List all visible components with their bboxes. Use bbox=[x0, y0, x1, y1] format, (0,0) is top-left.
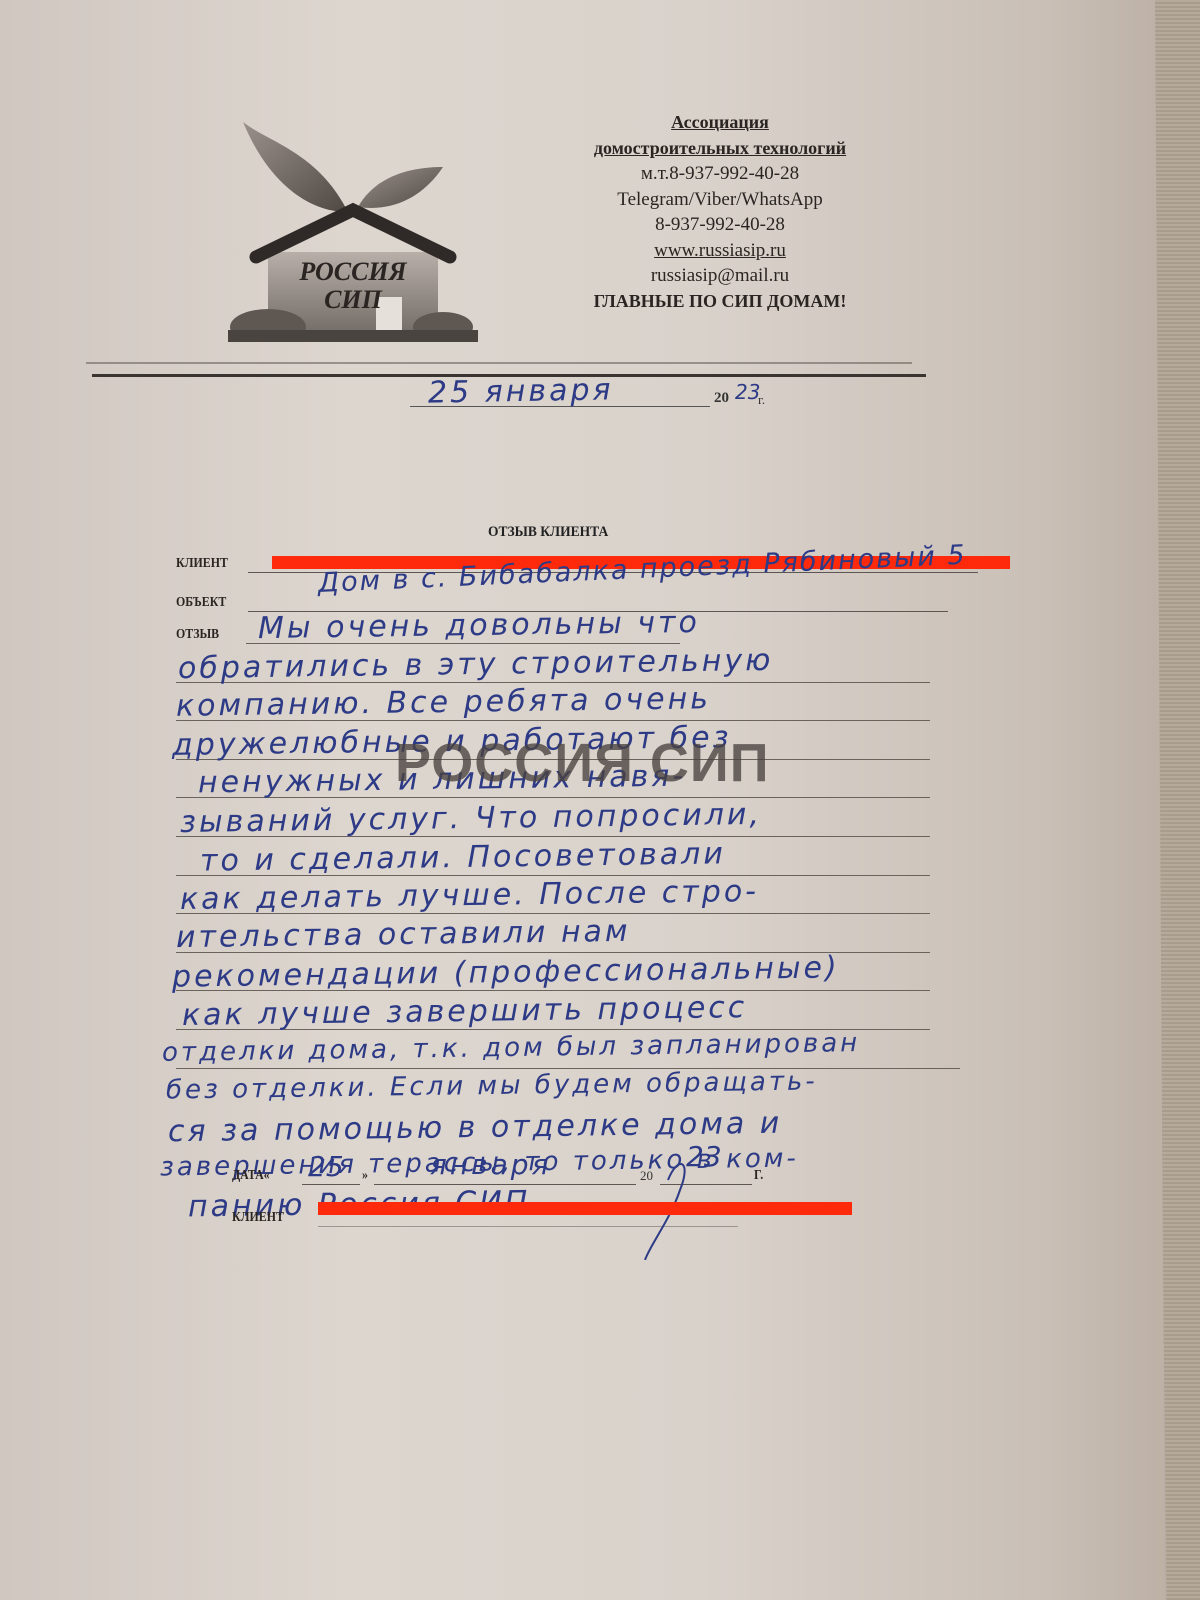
header-divider bbox=[86, 362, 912, 364]
website-link[interactable]: www.russiasip.ru bbox=[530, 238, 910, 264]
svg-text:РОССИЯ: РОССИЯ bbox=[298, 257, 407, 286]
email-link[interactable]: russiasip@mail.ru bbox=[530, 263, 910, 289]
review-label: ОТЗЫВ bbox=[176, 627, 219, 643]
association-subtitle: домостроительных технологий bbox=[530, 136, 910, 162]
ruled-line bbox=[176, 1068, 960, 1069]
date-day: 25 bbox=[308, 1150, 344, 1183]
date-suffix: Г. bbox=[754, 1168, 763, 1184]
slogan: ГЛАВНЫЕ ПО СИП ДОМАМ! bbox=[530, 289, 910, 315]
date-month: января bbox=[430, 1148, 551, 1181]
object-value: Дом в с. Бибабалка проезд Рябиновый 5 bbox=[317, 540, 967, 599]
review-line: компанию. Все ребята очень bbox=[176, 681, 711, 723]
header-date-handwritten: 25 января bbox=[428, 372, 614, 410]
client-label: КЛИЕНТ bbox=[176, 556, 228, 572]
russia-sip-logo: РОССИЯ СИП bbox=[228, 112, 478, 342]
signature-redaction bbox=[318, 1202, 852, 1215]
messenger-phone: 8-937-992-40-28 bbox=[530, 212, 910, 238]
review-line: рекомендации (профессиональные) bbox=[172, 951, 840, 995]
form-title: ОТЗЫВ КЛИЕНТА bbox=[488, 524, 608, 541]
document-page: РОССИЯ СИП Ассоциация домостроительных т… bbox=[0, 0, 1165, 1600]
leaf-icon bbox=[358, 167, 443, 208]
date-month-underline bbox=[374, 1184, 636, 1185]
review-line: ительства оставили нам bbox=[176, 914, 631, 955]
association-name: Ассоциация bbox=[530, 110, 910, 136]
review-line: как делать лучше. После стро- bbox=[180, 874, 759, 917]
year-handwritten: 23 bbox=[735, 380, 760, 404]
year-suffix: г. bbox=[758, 392, 765, 408]
leaf-icon bbox=[243, 122, 348, 212]
review-line: без отделки. Если мы будем обращать- bbox=[166, 1067, 818, 1106]
review-line: как лучше завершить процесс bbox=[182, 990, 748, 1033]
review-line: то и сделали. Посоветовали bbox=[200, 836, 726, 878]
year-prefix: 20 bbox=[714, 390, 729, 407]
watermark: РОССИЯ СИП bbox=[395, 732, 770, 794]
letterhead-contacts: Ассоциация домостроительных технологий м… bbox=[530, 110, 910, 314]
review-line: Мы очень довольны что bbox=[258, 605, 700, 646]
date-close-quote: » bbox=[362, 1168, 368, 1184]
mobile-phone: м.т.8-937-992-40-28 bbox=[530, 161, 910, 187]
svg-text:СИП: СИП bbox=[324, 285, 383, 314]
date-day-underline bbox=[302, 1184, 360, 1185]
review-line: отделки дома, т.к. дом был запланирован bbox=[162, 1028, 861, 1068]
review-line: зываний услуг. Что попросили, bbox=[180, 797, 762, 840]
date-label: ДАТА« bbox=[232, 1168, 270, 1184]
messengers: Telegram/Viber/WhatsApp bbox=[530, 187, 910, 213]
object-label: ОБЪЕКТ bbox=[176, 595, 226, 611]
review-line: обратились в эту строительную bbox=[178, 642, 774, 685]
signature-label: КЛИЕНТ bbox=[232, 1210, 284, 1226]
